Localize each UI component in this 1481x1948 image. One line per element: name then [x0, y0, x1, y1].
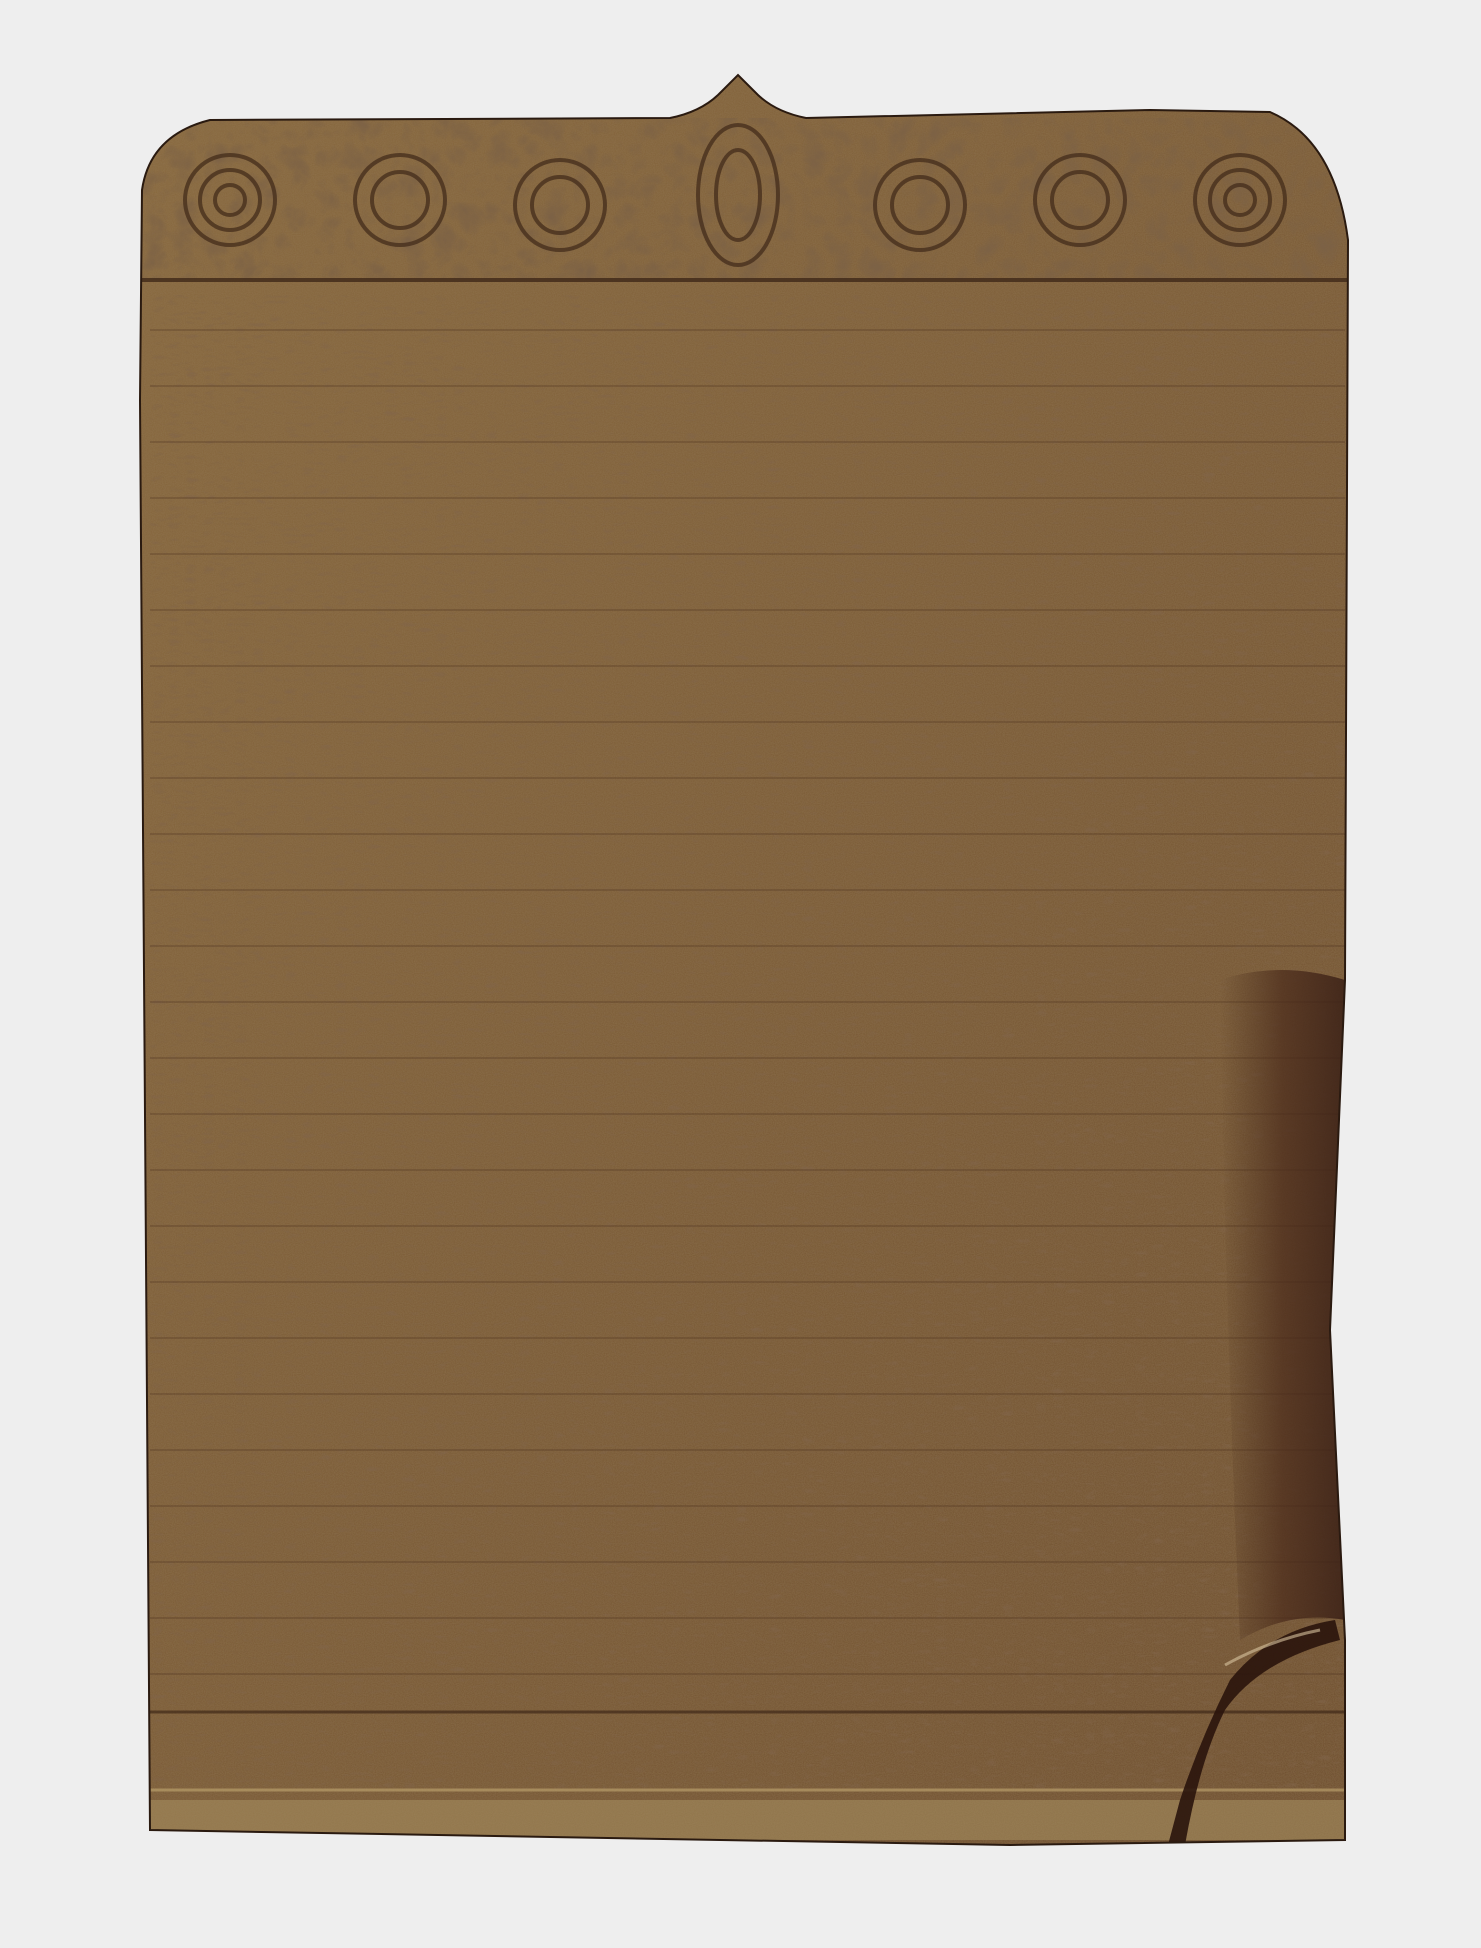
inscription-text-area [150, 295, 1345, 1705]
bottom-frieze [150, 1712, 1345, 1840]
stone-body [0, 0, 1481, 1948]
stele-photo [0, 0, 1481, 1948]
weathered-edge-shadow [1220, 970, 1345, 1640]
top-frieze [140, 118, 1350, 280]
